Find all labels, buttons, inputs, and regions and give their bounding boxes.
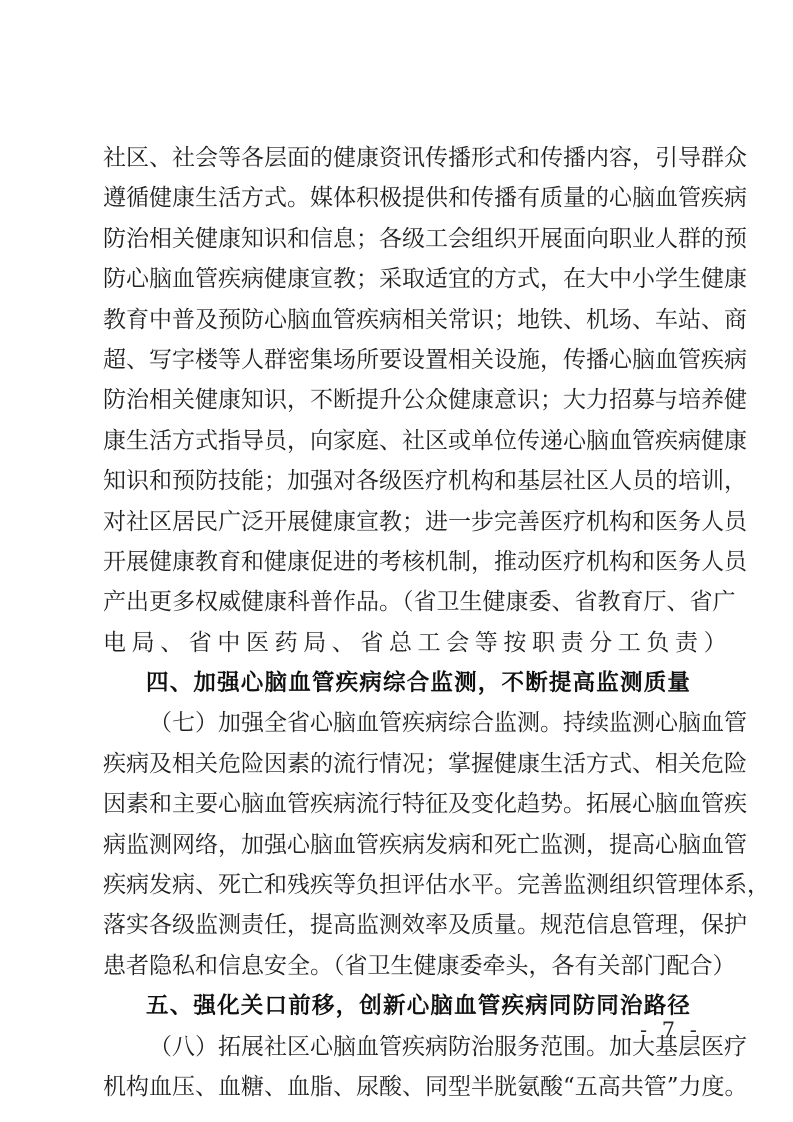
text-line: 教育中普及预防心脑血管疾病相关常识；地铁、机场、车站、商 bbox=[103, 300, 691, 340]
text-line: 防心脑血管疾病健康宣教；采取适宜的方式，在大中小学生健康 bbox=[103, 259, 691, 299]
page-number: - 7 - bbox=[640, 1018, 701, 1042]
text-line: 超、写字楼等人群密集场所要设置相关设施，传播心脑血管疾病 bbox=[103, 340, 691, 380]
text-line: 电局、省中医药局、省总工会等按职责分工负责） bbox=[103, 623, 691, 663]
document-page: 社区、社会等各层面的健康资讯传播形式和传播内容，引导群众 遵循健康生活方式。媒体… bbox=[0, 0, 793, 1122]
text-line: 防治相关健康知识和信息；各级工会组织开展面向职业人群的预 bbox=[103, 219, 691, 259]
text-line: 开展健康教育和健康促进的考核机制，推动医疗机构和医务人员 bbox=[103, 542, 691, 582]
text-line: 遵循健康生活方式。媒体积极提供和传播有质量的心脑血管疾病 bbox=[103, 178, 691, 218]
document-body: 社区、社会等各层面的健康资讯传播形式和传播内容，引导群众 遵循健康生活方式。媒体… bbox=[103, 138, 691, 1107]
section-heading: 四、加强心脑血管疾病综合监测，不断提高监测质量 bbox=[103, 663, 691, 703]
section-heading: 五、强化关口前移，创新心脑血管疾病同防同治路径 bbox=[103, 986, 691, 1026]
text-line: 疾病及相关危险因素的流行情况；掌握健康生活方式、相关危险 bbox=[103, 744, 691, 784]
text-line: （七）加强全省心脑血管疾病综合监测。持续监测心脑血管 bbox=[103, 703, 691, 743]
text-line: 社区、社会等各层面的健康资讯传播形式和传播内容，引导群众 bbox=[103, 138, 691, 178]
text-line: 病监测网络，加强心脑血管疾病发病和死亡监测，提高心脑血管 bbox=[103, 825, 691, 865]
text-line: 康生活方式指导员，向家庭、社区或单位传递心脑血管疾病健康 bbox=[103, 421, 691, 461]
text-line: 产出更多权威健康科普作品。（省卫生健康委、省教育厅、省广 bbox=[103, 582, 691, 622]
text-line: 患者隐私和信息安全。（省卫生健康委牵头，各有关部门配合） bbox=[103, 946, 691, 986]
text-line: 防治相关健康知识，不断提升公众健康意识；大力招募与培养健 bbox=[103, 380, 691, 420]
text-line: 机构血压、血糖、血脂、尿酸、同型半胱氨酸“五高共管”力度。 bbox=[103, 1067, 691, 1107]
text-line: （八）拓展社区心脑血管疾病防治服务范围。加大基层医疗 bbox=[103, 1027, 691, 1067]
text-line: 因素和主要心脑血管疾病流行特征及变化趋势。拓展心脑血管疾 bbox=[103, 784, 691, 824]
text-line: 知识和预防技能；加强对各级医疗机构和基层社区人员的培训， bbox=[103, 461, 691, 501]
text-line: 疾病发病、死亡和残疾等负担评估水平。完善监测组织管理体系， bbox=[103, 865, 691, 905]
text-line: 对社区居民广泛开展健康宣教；进一步完善医疗机构和医务人员 bbox=[103, 502, 691, 542]
text-line: 落实各级监测责任，提高监测效率及质量。规范信息管理，保护 bbox=[103, 905, 691, 945]
